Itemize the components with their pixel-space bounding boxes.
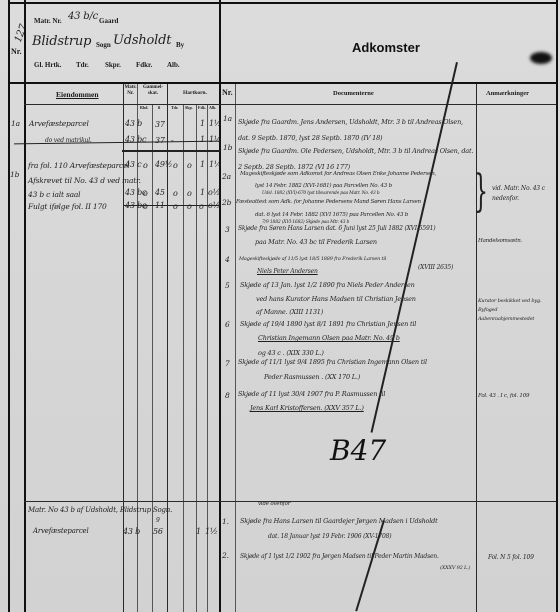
prop-row-2-alb: 1½ bbox=[209, 135, 221, 144]
doc-4-nr: 4 bbox=[225, 255, 230, 264]
doc-8-line2: Jens Karl Kristoffersen. (XXV 357 L.) bbox=[250, 404, 364, 412]
right-edge-line bbox=[556, 0, 558, 612]
col-rbd: Rbd. bbox=[140, 105, 148, 110]
nr-column-line bbox=[24, 0, 26, 612]
left-binding-line bbox=[8, 0, 10, 612]
doc-2a-line3: Udsl. 1882 (XVI)-670 lyst tilsvarende pa… bbox=[262, 191, 379, 196]
ledger-page: 127 Nr. Matr. Nr. 43 b/c Gaard Blidstrup… bbox=[0, 0, 560, 612]
prop-row-5-tdr: o bbox=[173, 189, 178, 198]
ink-blot bbox=[530, 52, 552, 64]
prop-row-5-fdk: 1 bbox=[200, 188, 205, 197]
doc-4-line1: Mageskifteskjøde af 11/5 lyst 18/5 1889 … bbox=[239, 256, 386, 262]
remark-1: vid. Matr. No. 43 c nedenfor. bbox=[492, 184, 552, 204]
header-rule-right bbox=[219, 82, 556, 84]
doc-7-line1: Skjøde af 11/1 lyst 9/4 1895 fra Christi… bbox=[238, 358, 427, 366]
doc-2b-line2: dat. 6 lyst 14 Febr. 1882 (XVI 1675) paa… bbox=[255, 212, 408, 218]
nr-label: Nr. bbox=[11, 47, 22, 56]
prop-row-1-fdk: 1 bbox=[200, 119, 205, 128]
brace-mark: } bbox=[474, 170, 488, 214]
prop-row-1-ss: 37 bbox=[155, 120, 165, 129]
remark-2: Handelsomsætn. bbox=[478, 238, 522, 244]
doc-3-line1: Skjøde fra Søren Hans Larsen dat. 6 Juni… bbox=[238, 225, 435, 232]
lower-doc-1-nr: 1. bbox=[222, 517, 229, 526]
doc-7-nr: 7 bbox=[225, 359, 230, 368]
doc-5-line1: Skjøde af 13 Jan. lyst 1/2 1890 fra Niel… bbox=[240, 281, 415, 289]
lower-fdk: 1 bbox=[196, 527, 201, 536]
col-anmaerkninger: Anmærkninger bbox=[486, 90, 529, 97]
skpr-label: Skpr. bbox=[105, 61, 121, 69]
doc-8-nr: 8 bbox=[225, 391, 230, 400]
alb-label: Alb. bbox=[167, 61, 180, 69]
prop-row-4-nr: 1b bbox=[10, 170, 19, 179]
col-alb: Alb. bbox=[209, 105, 216, 110]
by-value: Udsholdt bbox=[113, 33, 171, 48]
gaard-label: Gaard bbox=[99, 17, 118, 25]
doc-6-line1: Skjøde af 19/4 1890 lyst 8/1 1891 fra Ch… bbox=[240, 320, 416, 328]
lower-rbd: 9 bbox=[156, 517, 160, 524]
prop-row-5-ss: 45 bbox=[155, 188, 165, 197]
gl-hrtk-label: Gl. Hrtk. bbox=[34, 61, 61, 69]
tdr-label: Tdr. bbox=[76, 61, 89, 69]
col-fdk: Fdk. bbox=[198, 105, 206, 110]
lower-doc-2-line2: (XXXV 92 L.) bbox=[440, 565, 470, 571]
prop-row-1-alb: 1½ bbox=[209, 119, 221, 128]
lower-alb: 1½ bbox=[205, 527, 217, 536]
col-skp: Skp. bbox=[185, 105, 193, 110]
doc-3-nr: 3 bbox=[225, 225, 230, 234]
prop-row-3-alb: 1¼ bbox=[209, 160, 221, 169]
section-title: Adkomster bbox=[352, 40, 420, 55]
remark-3: Kurator beskikket ved byg. Byfoged Aaben… bbox=[478, 297, 552, 324]
prop-row-2-fdk: 1 bbox=[200, 135, 205, 144]
col-eiendommen: Eiendommen bbox=[56, 90, 99, 99]
prop-row-6-skp: o bbox=[187, 202, 192, 211]
col-hartkorn: Hartkorn. bbox=[183, 90, 207, 96]
prop-row-6-text: Fulgt ifølge fol. II 170 bbox=[28, 202, 107, 211]
lower-doc-1-line1: Skjøde fra Hans Larsen til Gaardejer Jør… bbox=[240, 517, 438, 525]
header-rule-left bbox=[8, 82, 220, 84]
doc-2a-line1: Mageskifteskjøde som Adkomst for Andreas… bbox=[240, 171, 436, 177]
double-rule bbox=[122, 150, 220, 152]
prop-row-6-rbd: o bbox=[143, 202, 148, 211]
prop-row-5-text: 43 b c ialt saal bbox=[28, 190, 80, 199]
prop-row-5-alb: o½ bbox=[208, 188, 220, 197]
lower-note-above: vide ovenfor bbox=[258, 501, 290, 507]
margin-number: 127 bbox=[13, 23, 30, 44]
doc-5-line3: af Manne. (XIII 1131) bbox=[256, 308, 323, 316]
prop-row-3-ss: 49½ bbox=[155, 160, 172, 169]
doc-6-nr: 6 bbox=[225, 320, 230, 329]
archive-stamp: B47 bbox=[330, 434, 386, 467]
doc-2a-line2: lyst 14 Febr. 1882 (XVI-1681) paa Parcel… bbox=[255, 183, 392, 189]
col-ss: ß bbox=[158, 105, 160, 110]
lower-doc-2-line1: Skjøde af 1 lyst 1/2 1902 fra Jørgen Mad… bbox=[240, 553, 439, 560]
prop-row-5-skp: o bbox=[187, 189, 192, 198]
prop-row-3-fdk: 1 bbox=[200, 160, 205, 169]
remark-4: Fol. 43 . I c, fol. 109 bbox=[478, 393, 529, 399]
doc-2b-nr: 2b bbox=[222, 198, 231, 207]
prop-row-1-matr: 43 b bbox=[125, 119, 142, 128]
herred-value: Blidstrup bbox=[32, 34, 91, 49]
anmaerkninger-line bbox=[476, 82, 477, 612]
doc-5-line2: ved hans Kurator Hans Madsen til Christi… bbox=[256, 295, 416, 303]
doc-8-line1: Skjøde af 11 lyst 30/4 1907 fra P. Rasmu… bbox=[238, 390, 385, 398]
prop-row-4-text: Afskrevet til No. 43 d ved matr. bbox=[28, 176, 141, 185]
col-gammelskat: Gammel-skat. bbox=[139, 85, 167, 97]
doc-2a-nr: 2a bbox=[222, 172, 231, 181]
subheader-rule-right bbox=[219, 104, 556, 105]
col-documenterne: Documenterne bbox=[333, 90, 374, 97]
prop-row-3-rbd: o bbox=[143, 161, 148, 170]
doc-6-line3: og 43 c . (XIX 330 L.) bbox=[258, 349, 324, 357]
hartkorn-tdr-line bbox=[183, 104, 184, 612]
doc-1a-nr: 1a bbox=[223, 114, 232, 123]
prop-row-1-text: Arvefæsteparcel bbox=[29, 119, 89, 128]
prop-row-3-skp: o bbox=[187, 161, 192, 170]
lower-property-line1: Matr. No 43 b af Udsholdt, Blidstrup Sog… bbox=[28, 506, 172, 514]
lower-property-line2: Arvefæsteparcel bbox=[33, 527, 89, 535]
doc-4-line2: Niels Peter Andersen bbox=[257, 268, 318, 275]
col-tdr: Tdr. bbox=[171, 105, 178, 110]
prop-row-3-tdr: o bbox=[173, 161, 178, 170]
lower-remark: Fol. N 5 fol. 109 bbox=[488, 554, 534, 561]
lower-doc-2-nr: 2. bbox=[222, 551, 229, 560]
doc-5-nr: 5 bbox=[225, 281, 230, 290]
prop-row-6-tdr: o bbox=[173, 202, 178, 211]
col-nr: Nr. bbox=[222, 88, 233, 97]
prop-row-3-matr: 43 c bbox=[125, 160, 141, 169]
prop-row-6-fdk: o bbox=[199, 202, 204, 211]
matr-nr-value: 43 b/c bbox=[68, 11, 98, 22]
strike-line bbox=[124, 205, 220, 206]
prop-row-3-text: fra fol. 110 Arvefæsteparcel bbox=[28, 161, 129, 170]
doc-6-line2: Christian Ingemann Olsen paa Matr. No. 4… bbox=[258, 334, 400, 342]
lower-ss: 56 bbox=[153, 527, 163, 536]
doc-7-line2: Peder Rasmussen . (XX 170 L.) bbox=[264, 373, 360, 381]
fdkr-label: Fdkr. bbox=[136, 61, 152, 69]
matr-nr-label: Matr. Nr. bbox=[34, 17, 62, 25]
prop-row-1-nr: 1a bbox=[11, 119, 20, 128]
doc-2b-line1: Fæsteattest som Adk. for Johanne Pederse… bbox=[236, 199, 421, 205]
doc-1b-nr: 1b bbox=[223, 143, 232, 152]
doc-4-line3: (XVIII 2635) bbox=[418, 264, 453, 271]
doc-nr-line bbox=[235, 82, 236, 612]
adkomster-left-line bbox=[219, 0, 221, 612]
top-border bbox=[8, 2, 556, 4]
lower-doc-1-line2: dat. 18 Januar lyst 19 Febr. 1906 (XV-17… bbox=[268, 533, 391, 540]
doc-3-line2: paa Matr. No. 43 bc til Frederik Larsen bbox=[255, 238, 377, 246]
col-matr-nr: Matr. Nr. bbox=[124, 85, 137, 97]
by-label: By bbox=[176, 41, 184, 49]
sogn-label: Sogn bbox=[96, 41, 111, 49]
lower-matr: 43 b bbox=[123, 527, 140, 536]
prop-row-5-rbd: o bbox=[143, 189, 148, 198]
